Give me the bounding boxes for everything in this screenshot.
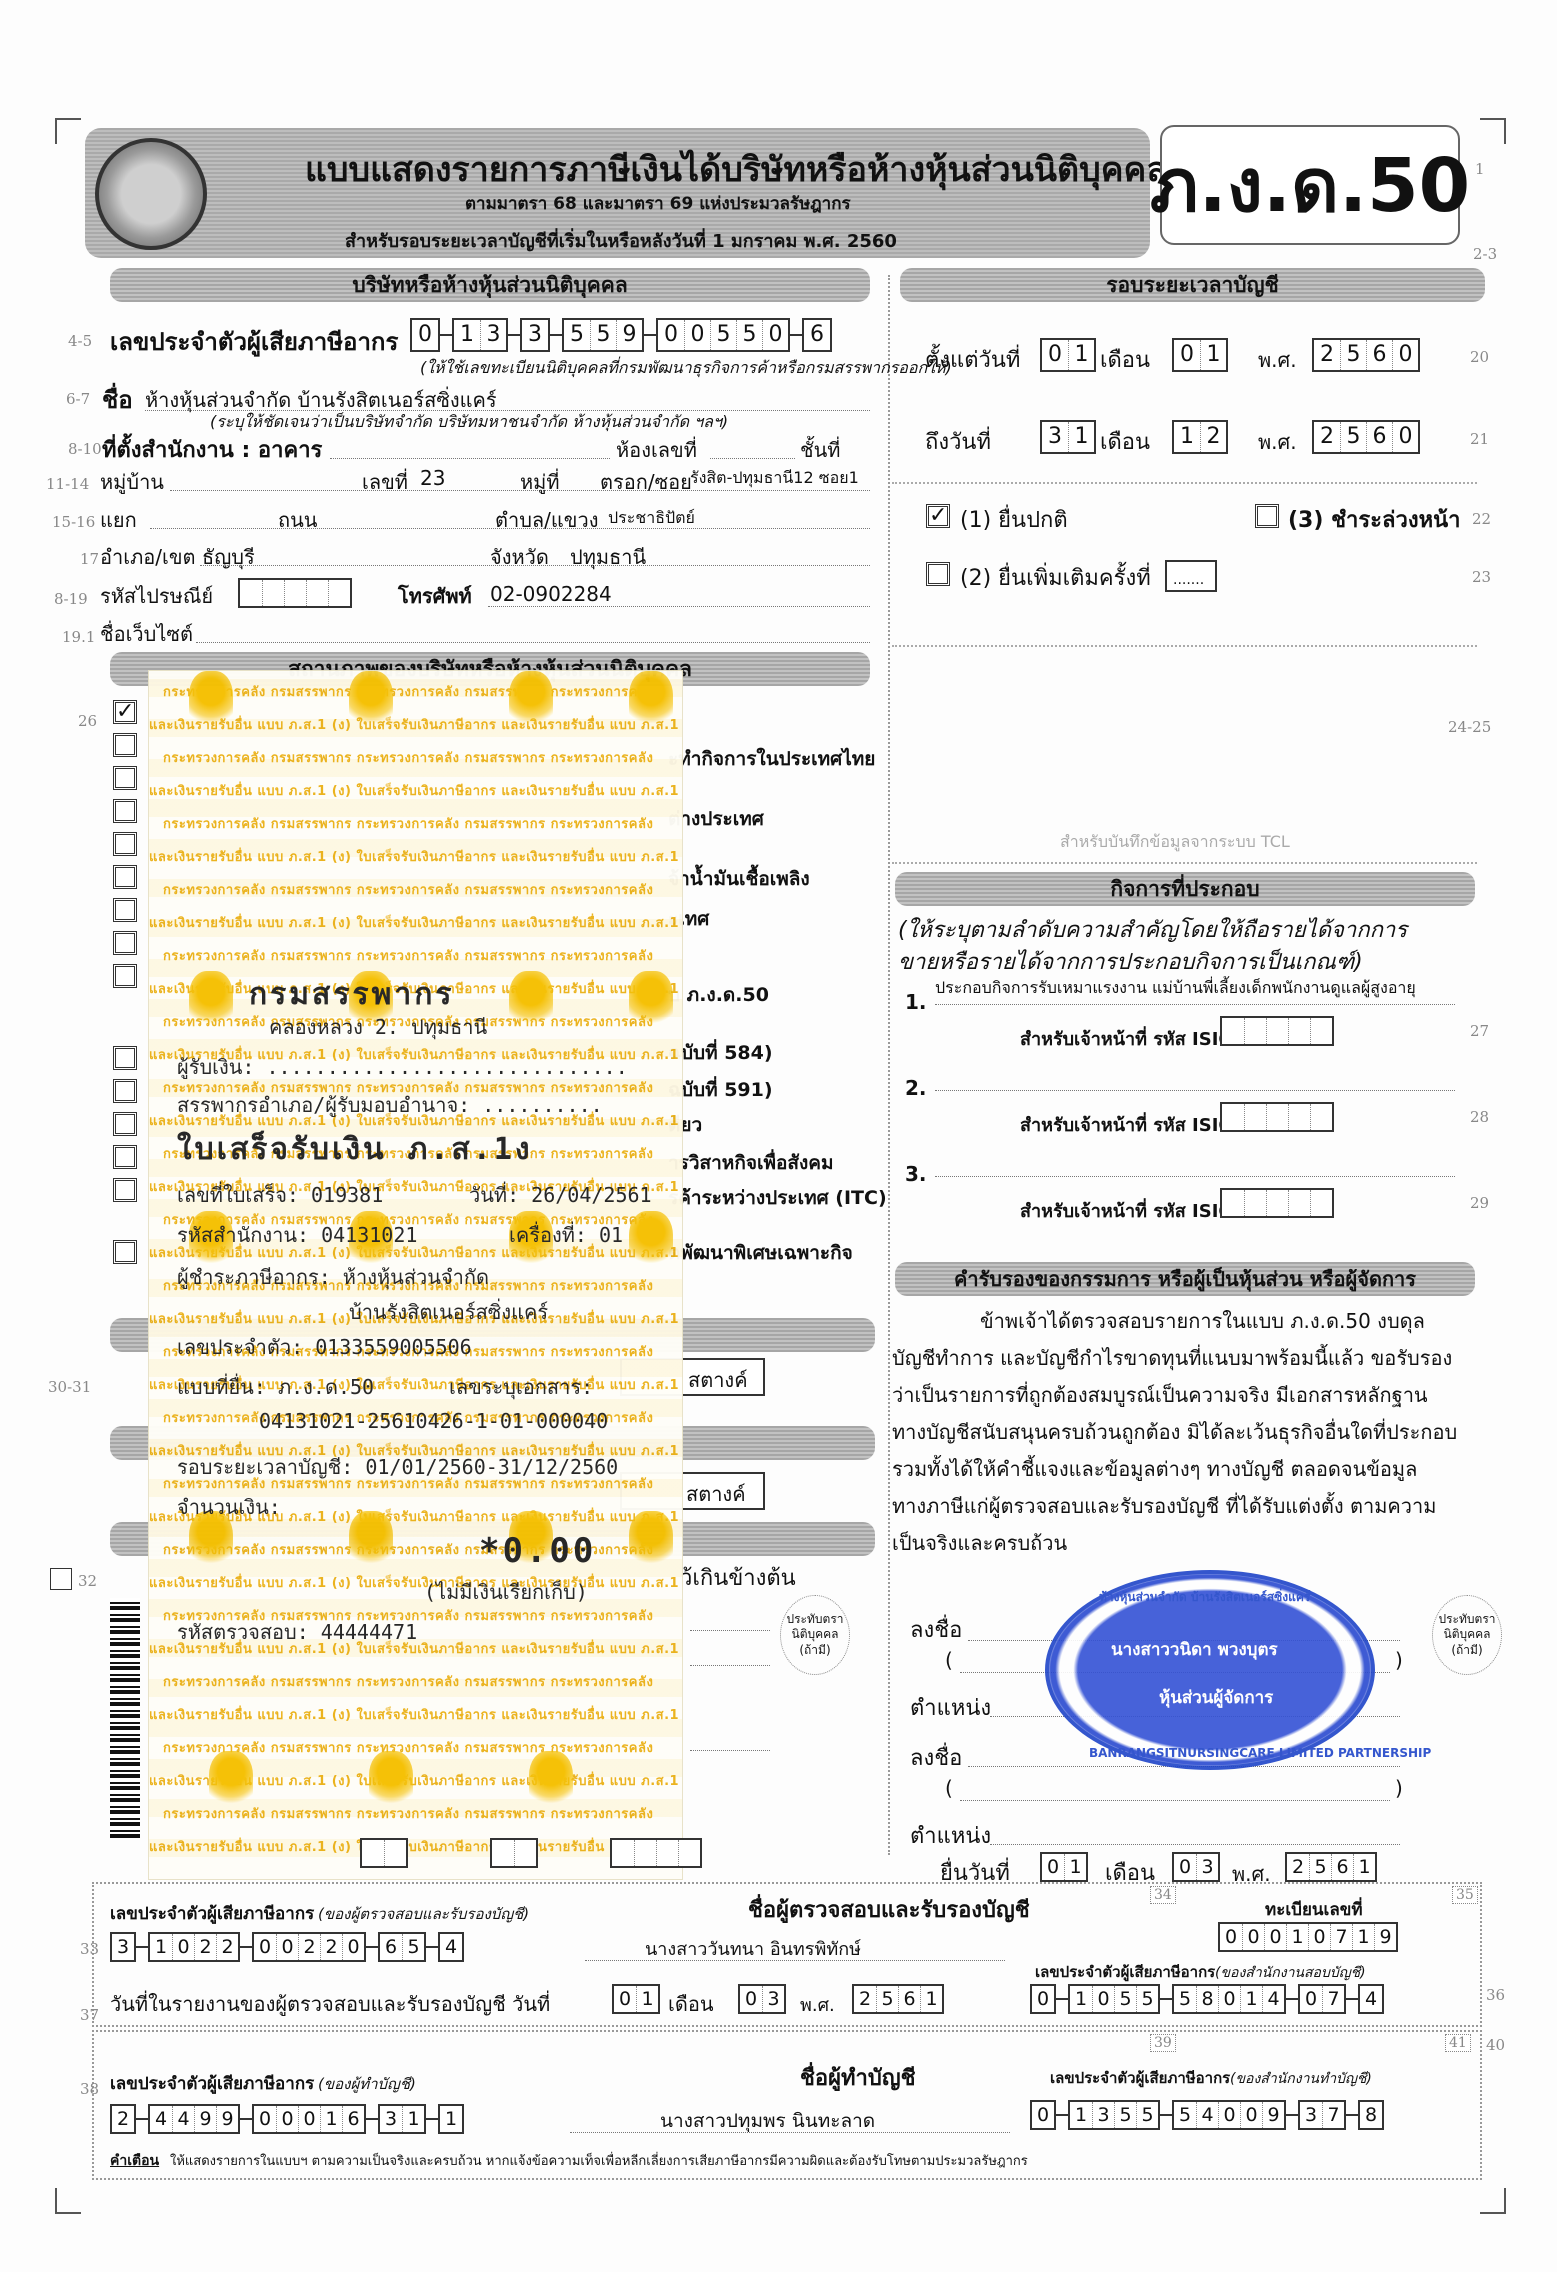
position-label: ตำแหน่ง	[910, 1818, 991, 1853]
auditor-tax-id-note: (ของผู้ตรวจสอบและรับรองบัญชี)	[318, 1902, 529, 1926]
receipt-watermark: และเงินรายรับอื่น แบบ ภ.ส.1 (ง) ใบเสร็จร…	[149, 912, 682, 933]
district-label: อำเภอ/เขต	[100, 541, 196, 573]
postcode-label: รหัสไปรษณีย์	[100, 580, 213, 612]
row-number: 29	[1470, 1194, 1489, 1212]
row-number: 17	[80, 550, 99, 568]
receipt-taxpayer: ผู้ชำระภาษีอากร: ห้างหุ้นส่วนจำกัด	[177, 1261, 489, 1293]
row-number: 6-7	[66, 390, 90, 408]
status-option-checkbox[interactable]	[113, 799, 137, 823]
business-item-number: 2.	[905, 1076, 927, 1100]
moo-label: หมู่ที่	[520, 466, 560, 498]
receipt-receiver: ผู้รับเงิน: ............................…	[177, 1051, 628, 1083]
certification-line: เป็นจริงและครบถ้วน	[892, 1527, 1067, 1559]
satang-label: สตางค์	[688, 1364, 748, 1396]
page-corner-mark	[1480, 2188, 1506, 2214]
receipt-doc-label: เลขระบุเอกสาร:	[449, 1371, 593, 1403]
bookkeeping-office-tax-id-note: (ของสำนักงานทำบัญชี)	[1230, 2068, 1372, 2090]
receipt-watermark: กระทรวงการคลัง กรมสรรพากร กระทรวงการคลัง…	[163, 1671, 696, 1692]
excess-text-fragment: ว้เกินข้างต้น	[680, 1560, 796, 1595]
row-number: 21	[1470, 430, 1489, 448]
business-item-field[interactable]: ประกอบกิจการรับเหมาแรงงาน แม่บ้านพี่เลี้…	[935, 976, 1416, 1001]
sign-label: ลงชื่อ	[910, 1740, 962, 1775]
receipt-watermark: และเงินรายรับอื่น แบบ ภ.ส.1 (ง) ใบเสร็จร…	[149, 780, 682, 801]
status-option-checkbox[interactable]	[113, 865, 137, 889]
receipt-machine-no: เครื่องที่: 01	[509, 1219, 623, 1251]
status-option-checkbox[interactable]	[113, 898, 137, 922]
receipt-watermark: กระทรวงการคลัง กรมสรรพากร กระทรวงการคลัง…	[163, 879, 696, 900]
filing-prepay-checkbox[interactable]	[1255, 504, 1279, 528]
province-field[interactable]: ปทุมธานี	[570, 541, 646, 573]
row-number: 15-16	[52, 513, 95, 531]
receipt-officer: สรรพากรอำเภอ/ผู้รับมอบอำนาจ: ..........	[177, 1089, 603, 1121]
status-option-checkbox[interactable]	[113, 1112, 137, 1136]
dotted-line	[935, 1090, 1455, 1091]
row-number: 28	[1470, 1108, 1489, 1126]
row-number: 4-5	[68, 332, 92, 350]
certification-line: ข้าพเจ้าได้ตรวจสอบรายการในแบบ ภ.ง.ด.50 ง…	[980, 1305, 1425, 1337]
row-number: 24-25	[1448, 718, 1491, 736]
garuda-emblem-icon	[189, 671, 233, 731]
filing-additional-label: (2) ยื่นเพิ่มเติมครั้งที่	[960, 560, 1151, 595]
bookkeeper-name-label: ชื่อผู้ทำบัญชี	[800, 2060, 916, 2095]
receipt-watermark: และเงินรายรับอื่น แบบ ภ.ส.1 (ง) ใบเสร็จร…	[149, 1572, 682, 1593]
garuda-emblem-icon	[349, 1511, 393, 1571]
month-label: เดือน	[1100, 342, 1150, 377]
website-label: ชื่อเว็บไซต์	[100, 618, 193, 650]
row-number: 11-14	[46, 475, 89, 493]
field-tag: 39	[1150, 2034, 1176, 2052]
corporate-seal-placeholder: ประทับตรา นิติบุคคล (ถ้ามี)	[780, 1595, 850, 1675]
tax-id-field[interactable]: 0133559005506	[410, 318, 832, 352]
row-number: 22	[1472, 510, 1491, 528]
phone-field[interactable]: 02-0902284	[490, 582, 612, 606]
field-tag: 34	[1150, 1886, 1176, 1904]
receipt-period: รอบระยะเวลาบัญชี: 01/01/2560-31/12/2560	[177, 1451, 618, 1483]
report-month-field[interactable]: 03	[738, 1984, 786, 2014]
garuda-emblem-icon	[629, 971, 673, 1031]
column-divider	[888, 275, 890, 1855]
divider	[892, 645, 1477, 647]
signer-name: นางสาววนิดา พวงบุตร	[1111, 1636, 1278, 1663]
row-number: 26	[78, 712, 97, 730]
section-company-title: บริษัทหรือห้างหุ้นส่วนนิติบุคคล	[110, 268, 870, 302]
report-year-field[interactable]: 2561	[852, 1984, 944, 2014]
receipt-branch: คลองหลวง 2. ปทุมธานี	[269, 1011, 487, 1043]
row-number: 20	[1470, 348, 1489, 366]
row-number: 38	[80, 2080, 99, 2098]
status-submit-year[interactable]	[610, 1838, 702, 1868]
paren-open: (	[945, 1648, 953, 1672]
garuda-emblem-icon	[509, 671, 553, 731]
subdistrict-field[interactable]: ประชาธิปัตย์	[608, 506, 695, 531]
page-corner-mark	[1480, 118, 1506, 144]
row-number: 32	[78, 1572, 97, 1590]
receipt-watermark: กระทรวงการคลัง กรมสรรพากร กระทรวงการคลัง…	[163, 747, 696, 768]
auditor-tax-id-label: เลขประจำตัวผู้เสียภาษีอากร	[110, 1900, 314, 1927]
province-label: จังหวัด	[490, 541, 549, 573]
row-number: 36	[1486, 1986, 1505, 2004]
month-label: เดือน	[668, 1988, 714, 2020]
tax-id-label: เลขประจำตัวผู้เสียภาษีอากร	[110, 322, 398, 361]
garuda-emblem-icon	[629, 1211, 673, 1271]
status-option-checkbox[interactable]	[113, 1240, 137, 1264]
tcl-note: สำหรับบันทึกข้อมูลจากระบบ TCL	[1060, 830, 1290, 855]
garuda-emblem-icon	[509, 971, 553, 1031]
stamp-bottom-text: BANRANGSITNURSINGCARE LIMITED PARTNERSHI…	[1089, 1746, 1431, 1760]
certification-line: รวมทั้งได้ให้คำชี้แจงและข้อมูลต่างๆ ทางบ…	[892, 1453, 1417, 1485]
field-tag: 41	[1445, 2034, 1471, 2052]
isic-code-field[interactable]	[1220, 1016, 1334, 1046]
garuda-emblem-icon	[209, 1751, 253, 1811]
auditor-tax-id-field[interactable]: 3102200220654	[110, 1932, 464, 1962]
soi-field[interactable]: รังสิต-ปทุมธานี12 ซอย1	[690, 466, 859, 491]
auditor-name-field[interactable]: นางสาววันทนา อินทรพิทักษ์	[645, 1934, 861, 1963]
status-option-label: รค้าระหว่างประเทศ (ITC)	[668, 1183, 887, 1213]
status-option-checkbox[interactable]	[113, 931, 137, 955]
status-option-label: ะทำกิจการในประเทศไทย	[668, 744, 875, 774]
divider	[892, 862, 1477, 864]
dotted-line	[488, 606, 870, 607]
position-label: ตำแหน่ง	[910, 1690, 991, 1725]
row-number: 30-31	[48, 1378, 91, 1396]
from-year-field[interactable]: 2560	[1312, 338, 1420, 372]
warning-text: ให้แสดงรายการในแบบฯ ตามความเป็นจริงและคร…	[170, 2150, 1028, 2171]
certification-line: ทางภาษีแก่ผู้ตรวจสอบและรับรองบัญชี ที่ได…	[892, 1490, 1436, 1522]
status-option-checkbox[interactable]	[113, 1178, 137, 1202]
isic-label: สำหรับเจ้าหน้าที่ รหัส ISIC	[1020, 1196, 1232, 1225]
junction-label: แยก	[100, 504, 137, 536]
bookkeeper-tax-id-note: (ของผู้ทำบัญชี)	[318, 2072, 416, 2096]
status-option-label: ตพัฒนาพิเศษเฉพาะกิจ	[668, 1238, 853, 1268]
receipt-tax-id: เลขประจำตัว: 0133559005506	[177, 1331, 472, 1363]
filing-normal-label: (1) ยื่นปกติ	[960, 502, 1068, 537]
submit-year-field[interactable]: 2561	[1285, 1852, 1377, 1882]
report-day-field[interactable]: 01	[612, 1984, 660, 2014]
section-period-title: รอบระยะเวลาบัญชี	[900, 268, 1485, 302]
isic-label: สำหรับเจ้าหน้าที่ รหัส ISIC	[1020, 1110, 1232, 1139]
bookkeeping-office-tax-id-label: เลขประจำตัวผู้เสียภาษีอากร	[1050, 2066, 1230, 2090]
receipt-number: เลขที่ใบเสร็จ: 019381	[177, 1179, 383, 1211]
soi-label: ตรอก/ซอย	[600, 466, 692, 498]
box-32[interactable]	[50, 1568, 72, 1590]
certification-line: ทางบัญชีสนับสนุนครบถ้วนถูกต้อง มิได้ละเว…	[892, 1416, 1457, 1448]
report-date-label: วันที่ในรายงานของผู้ตรวจสอบและรับรองบัญช…	[110, 1988, 550, 2020]
receipt-watermark: และเงินรายรับอื่น แบบ ภ.ส.1 (ง) ใบเสร็จร…	[149, 1836, 682, 1857]
isic-code-field[interactable]	[1220, 1102, 1334, 1132]
row-number: 19.1	[62, 628, 95, 646]
from-month-field[interactable]: 01	[1172, 338, 1228, 372]
subdistrict-label: ตำบล/แขวง	[495, 504, 598, 536]
receipt-amount-note: (ไม่มีเงินเรียกเก็บ)	[424, 1576, 588, 1608]
to-date-label: ถึงวันที่	[925, 424, 991, 459]
certification-line: ว่าเป็นรายการที่ถูกต้องสมบูรณ์เป็นความจร…	[892, 1379, 1428, 1411]
garuda-emblem-icon	[629, 1511, 673, 1571]
row-number: 40	[1486, 2036, 1505, 2054]
status-option-checkbox[interactable]	[113, 964, 137, 988]
receipt-verify-code: รหัสตรวจสอบ: 44444471	[177, 1616, 417, 1648]
garuda-emblem-icon	[629, 671, 673, 731]
garuda-emblem-icon	[529, 1751, 573, 1811]
year-label: พ.ศ.	[800, 1990, 835, 2019]
warning-label: คำเตือน	[110, 2150, 159, 2172]
receipt-amount: *0.00	[479, 1531, 596, 1571]
revenue-department-seal-icon	[95, 138, 207, 250]
to-day-field[interactable]: 31	[1040, 420, 1096, 454]
website-field[interactable]	[196, 642, 870, 643]
garuda-emblem-icon	[189, 971, 233, 1031]
name-label: ชื่อ	[102, 380, 133, 419]
dotted-line	[330, 458, 610, 459]
year-label: พ.ศ.	[1258, 344, 1297, 376]
section-business-title: กิจการที่ประกอบ	[895, 872, 1475, 906]
section-certification-title: คำรับรองของกรรมการ หรือผู้เป็นหุ้นส่วน ห…	[895, 1262, 1475, 1296]
status-submit-day[interactable]	[360, 1838, 408, 1868]
house-no-field[interactable]: 23	[420, 466, 445, 490]
barcode	[110, 1598, 140, 1838]
bookkeeper-tax-id-label: เลขประจำตัวผู้เสียภาษีอากร	[110, 2070, 314, 2097]
paren-open: (	[945, 1776, 953, 1800]
garuda-emblem-icon	[349, 671, 393, 731]
row-number: 37	[80, 2006, 99, 2024]
filing-additional-field[interactable]: .......	[1165, 560, 1217, 592]
form-code: ภ.ง.ด.50	[1160, 125, 1460, 245]
status-option-checkbox[interactable]: ✓	[113, 700, 137, 724]
audit-office-tax-id-note: (ของสำนักงานสอบบัญชี)	[1215, 1962, 1366, 1984]
page-mark: 1	[1475, 160, 1485, 178]
receipt-taxpayer-name: บ้านรังสิตเนอร์สซิ่งแคร์	[349, 1296, 548, 1328]
status-option-label: บ ภ.ง.ด.50	[668, 980, 769, 1010]
auditor-reg-field[interactable]: 00010719	[1218, 1922, 1398, 1952]
filing-normal-checkbox[interactable]: ✓	[926, 504, 950, 528]
from-date-label: ตั้งแต่วันที่	[925, 342, 1020, 377]
house-no-label: เลขที่	[362, 466, 408, 498]
auditor-name-label: ชื่อผู้ตรวจสอบและรับรองบัญชี	[748, 1892, 1030, 1927]
status-submit-month[interactable]	[490, 1838, 538, 1868]
status-option-checkbox[interactable]	[113, 733, 137, 757]
submit-day-field[interactable]: 01	[1040, 1852, 1088, 1882]
bookkeeper-tax-id-field[interactable]: 2449900016311	[110, 2104, 464, 2134]
postcode-field[interactable]	[238, 578, 352, 608]
dotted-line	[690, 1665, 770, 1666]
from-day-field[interactable]: 01	[1040, 338, 1096, 372]
dotted-line	[935, 1004, 1455, 1005]
row-number: 8-10	[68, 440, 102, 458]
office-label: ที่ตั้งสำนักงาน : อาคาร	[102, 432, 322, 467]
dotted-line	[690, 1750, 770, 1751]
room-label: ห้องเลขที่	[616, 434, 697, 466]
audit-office-tax-id-label: เลขประจำตัวผู้เสียภาษีอากร	[1035, 1960, 1215, 1984]
row-number: 23	[1472, 568, 1491, 586]
tax-receipt-slip: กระทรวงการคลัง กรมสรรพากร กระทรวงการคลัง…	[148, 670, 683, 1880]
status-option-checkbox[interactable]	[113, 766, 137, 790]
receipt-watermark: และเงินรายรับอื่น แบบ ภ.ส.1 (ง) ใบเสร็จร…	[149, 1704, 682, 1725]
row-number: 27	[1470, 1022, 1489, 1040]
receipt-form: แบบที่ยื่น: ภ.ง.ด.50	[177, 1371, 374, 1403]
isic-label: สำหรับเจ้าหน้าที่ รหัส ISIC	[1020, 1024, 1232, 1053]
receipt-date: วันที่: 26/04/2561	[469, 1179, 652, 1211]
status-option-checkbox[interactable]	[113, 832, 137, 856]
receipt-title: ใบเสร็จรับเงิน ภ.ส.1ง	[177, 1126, 533, 1173]
sign-label: ลงชื่อ	[910, 1612, 962, 1647]
form-subtitle: ตามมาตรา 68 และมาตรา 69 แห่งประมวลรัษฎาก…	[465, 190, 851, 217]
tax-id-note: (ให้ใช้เลขทะเบียนนิติบุคคลที่กรมพัฒนาธุร…	[420, 356, 952, 381]
status-option-label: ฉบับที่ 584)	[668, 1038, 773, 1068]
audit-office-tax-id-field[interactable]: 0105558014074	[1030, 1984, 1384, 2014]
position-field-2[interactable]	[990, 1844, 1400, 1845]
status-option-checkbox[interactable]	[113, 1145, 137, 1169]
submit-month-field[interactable]: 03	[1172, 1852, 1220, 1882]
form-subtitle-period: สำหรับรอบระยะเวลาบัญชีที่เริ่มในหรือหลัง…	[345, 226, 897, 255]
receipt-watermark: กระทรวงการคลัง กรมสรรพากร กระทรวงการคลัง…	[163, 681, 696, 702]
receipt-watermark: กระทรวงการคลัง กรมสรรพากร กระทรวงการคลัง…	[163, 813, 696, 834]
page-corner-mark	[55, 2188, 81, 2214]
village-label: หมู่บ้าน	[100, 466, 164, 498]
receipt-watermark: กระทรวงการคลัง กรมสรรพากร กระทรวงการคลัง…	[163, 945, 696, 966]
dotted-line	[935, 1176, 1455, 1177]
road-label: ถนน	[278, 504, 317, 536]
phone-label: โทรศัพท์	[398, 580, 472, 612]
dotted-line	[570, 2132, 1010, 2133]
receipt-watermark: และเงินรายรับอื่น แบบ ภ.ส.1 (ง) ใบเสร็จร…	[149, 846, 682, 867]
filing-prepay-label: (3) ชำระล่วงหน้า	[1288, 502, 1460, 537]
row-number: 33	[80, 1940, 99, 1958]
status-option-checkbox[interactable]	[113, 1079, 137, 1103]
receipt-watermark: กระทรวงการคลัง กรมสรรพากร กระทรวงการคลัง…	[163, 1539, 696, 1560]
status-option-checkbox[interactable]	[113, 1046, 137, 1070]
to-year-field[interactable]: 2560	[1312, 420, 1420, 454]
paren-close: )	[1395, 1776, 1403, 1800]
business-instruction: (ให้ระบุตามลำดับความสำคัญโดยให้ถือรายได้…	[898, 915, 1438, 979]
divider	[892, 482, 1477, 484]
company-rubber-stamp: ห้างหุ้นส่วนจำกัด บ้านรังสิตเนอร์สซิ่งแค…	[1045, 1570, 1375, 1770]
dotted-line	[690, 1630, 770, 1631]
floor-label: ชั้นที่	[800, 434, 840, 466]
business-item-number: 1.	[905, 990, 927, 1014]
isic-code-field[interactable]	[1220, 1188, 1334, 1218]
garuda-emblem-icon	[369, 1751, 413, 1811]
filing-additional-checkbox[interactable]	[926, 562, 950, 586]
certification-line: บัญชีทำการ และบัญชีกำไรขาดทุนที่แนบมาพร้…	[892, 1342, 1452, 1374]
bookkeeping-office-tax-id-field[interactable]: 0135554009378	[1030, 2100, 1384, 2130]
corporate-seal-placeholder: ประทับตรา นิติบุคคล (ถ้ามี)	[1432, 1595, 1502, 1675]
receipt-amount-label: จำนวนเงิน:	[177, 1491, 281, 1523]
dotted-line	[710, 458, 795, 459]
stamp-top-text: ห้างหุ้นส่วนจำกัด บ้านรังสิตเนอร์สซิ่งแค…	[1099, 1588, 1310, 1607]
receipt-office-code: รหัสสำนักงาน: 04131021	[177, 1219, 417, 1251]
page-corner-mark	[55, 118, 81, 144]
field-tag: 35	[1452, 1886, 1478, 1904]
auditor-reg-label: ทะเบียนเลขที่	[1265, 1896, 1363, 1923]
district-field[interactable]: ธัญบุรี	[202, 541, 255, 573]
form-title: แบบแสดงรายการภาษีเงินได้บริษัทหรือห้างหุ…	[305, 142, 1167, 196]
to-month-field[interactable]: 12	[1172, 420, 1228, 454]
receipt-doc-number: 04131021-25610426-1-01-000040	[259, 1409, 608, 1433]
paren-close: )	[1395, 1648, 1403, 1672]
business-item-number: 3.	[905, 1162, 927, 1186]
dotted-line	[585, 1960, 1005, 1961]
year-label: พ.ศ.	[1258, 426, 1297, 458]
signer-position: หุ้นส่วนผู้จัดการ	[1159, 1684, 1273, 1711]
month-label: เดือน	[1100, 424, 1150, 459]
row-number: 8-19	[54, 590, 88, 608]
page-mark: 2-3	[1473, 245, 1497, 263]
dotted-line	[960, 1800, 1390, 1801]
